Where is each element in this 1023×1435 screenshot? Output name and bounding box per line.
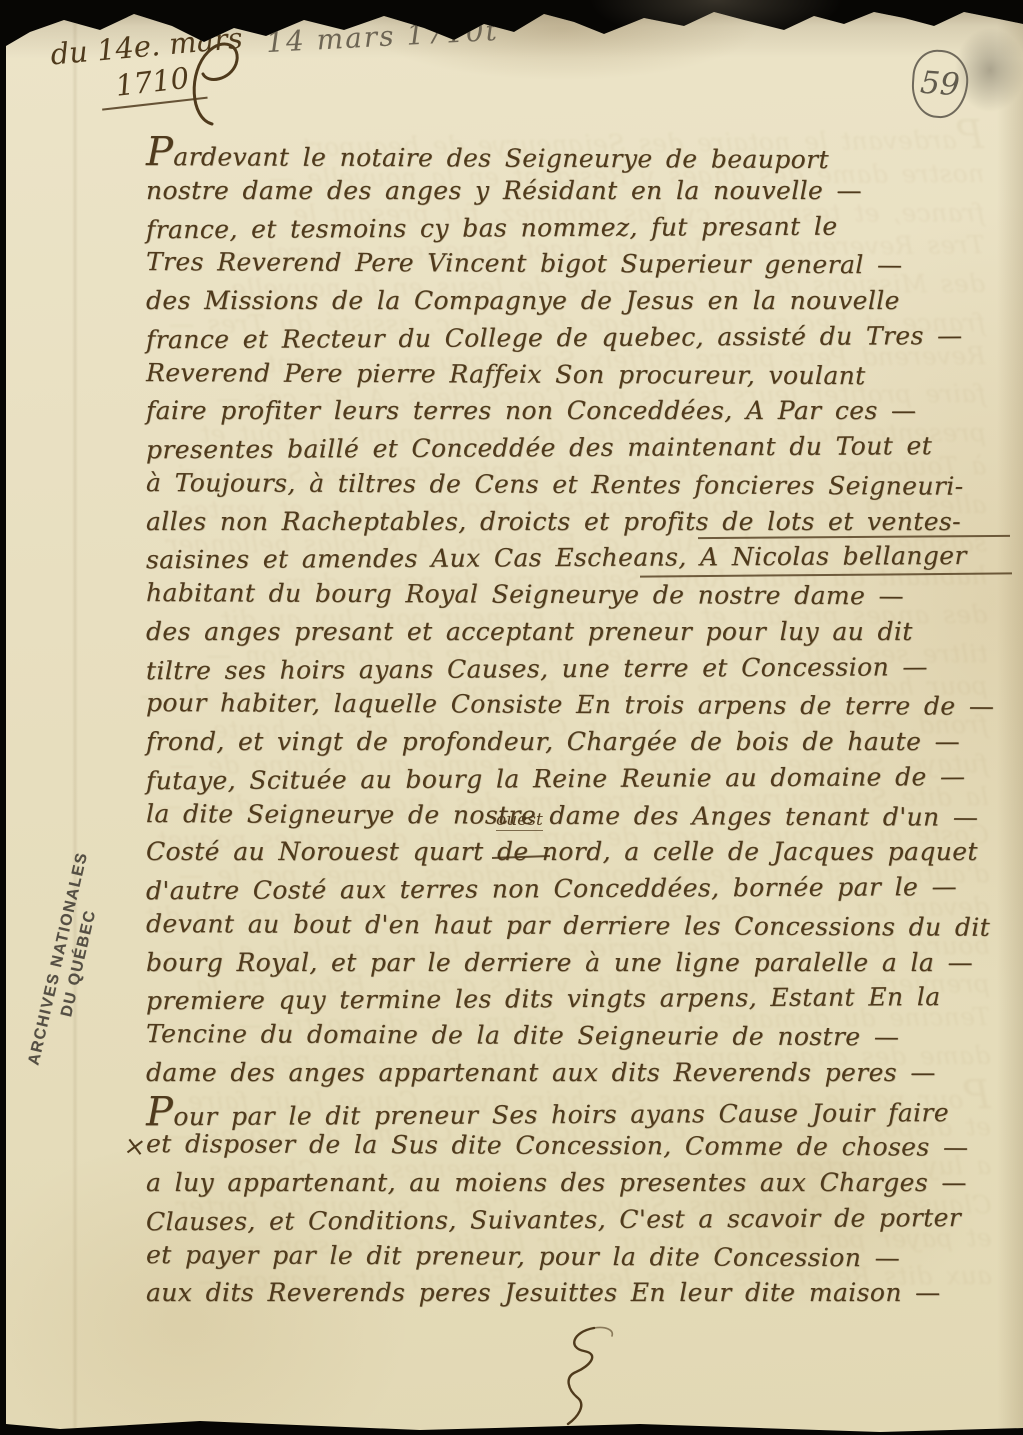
manuscript-line: à Toujours, à tiltres de Cens et Rentes … (146, 465, 1022, 506)
manuscript-line: faire profiter leurs terres non Conceddé… (146, 393, 1022, 430)
manuscript-line: Pardevant le notaire des Seigneurye de b… (146, 134, 1022, 175)
manuscript-line: aux dits Reverends peres Jesuittes En le… (146, 1275, 1022, 1312)
page-number-circle: 59 (910, 48, 971, 120)
manuscript-line: dame des anges appartenant aux dits Reve… (146, 1055, 1022, 1092)
manuscript-line: habitant du bourg Royal Seigneurye de no… (146, 575, 1022, 616)
closing-flourish-icon (524, 1322, 644, 1430)
manuscript-line: la dite Seigneurye de nostre dame des An… (146, 796, 1022, 837)
manuscript-line: Clauses, et Conditions, Suivantes, C'est… (146, 1199, 1022, 1240)
manuscript-line: alles non Racheptables, droicts et profi… (146, 504, 1022, 541)
manuscript-line: d'autre Costé aux terres non Conceddées,… (146, 869, 1022, 910)
manuscript-line: bourg Royal, et par le derriere à une li… (146, 945, 1022, 982)
notary-paraph-flourish-icon (178, 38, 256, 130)
page-number: 59 (919, 65, 961, 104)
scanned-document: du 14e. mars 1710 14 mars 1710t 59 Parde… (0, 0, 1023, 1435)
manuscript-line: Reverend Pere pierre Raffeix Son procure… (146, 355, 1022, 396)
manuscript-line: Pour par le dit preneur Ses hoirs ayans … (146, 1089, 1022, 1130)
manuscript-line: Tres Reverend Pere Vincent bigot Superie… (146, 244, 1022, 285)
archive-stamp: ARCHIVES NATIONALES DU QUÉBEC (20, 834, 117, 1087)
interline-correction: ouest (496, 810, 543, 831)
manuscript-line: premiere quy termine les dits vingts arp… (146, 979, 1022, 1020)
manuscript-line: futaye, Scituée au bourg la Reine Reunie… (146, 758, 1022, 799)
manuscript-line: nostre dame des anges y Résidant en la n… (146, 173, 1022, 210)
manuscript-line: tiltre ses hoirs ayans Causes, une terre… (146, 648, 1022, 689)
manuscript-line: pour habiter, laquelle Consiste En trois… (146, 685, 1022, 726)
manuscript-line: a luy appartenant, au moiens des present… (146, 1165, 1022, 1202)
manuscript-line: france et Recteur du College de quebec, … (146, 317, 1022, 358)
manuscript-line: france, et tesmoins cy bas nommez, fut p… (146, 207, 1022, 248)
margin-cross-mark: × (122, 1131, 148, 1164)
manuscript-lines: Pardevant le notaire des Seigneurye de b… (146, 136, 1022, 1312)
manuscript-page: du 14e. mars 1710 14 mars 1710t 59 Parde… (0, 0, 1023, 1435)
manuscript-line: des Missions de la Compagnye de Jesus en… (146, 283, 1022, 320)
manuscript-line: des anges presant et acceptant preneur p… (146, 614, 1022, 651)
manuscript-line: et disposer de la Sus dite Concession, C… (146, 1126, 1022, 1167)
manuscript-line: Tencine du domaine de la dite Seigneurie… (146, 1016, 1022, 1057)
pencil-date-annotation: 14 mars 1710t (265, 14, 499, 59)
manuscript-line: et payer par le dit preneur, pour la dit… (146, 1237, 1022, 1278)
manuscript-line: frond, et vingt de profondeur, Chargée d… (146, 724, 1022, 761)
manuscript-line: presentes baillé et Conceddée des mainte… (146, 428, 1022, 469)
manuscript-line: Costé au Norouest quart de nord, a celle… (146, 834, 1022, 871)
margin-date-annotation: du 14e. mars 1710 (49, 16, 295, 114)
manuscript-line: devant au bout d'en haut par derriere le… (146, 906, 1022, 947)
